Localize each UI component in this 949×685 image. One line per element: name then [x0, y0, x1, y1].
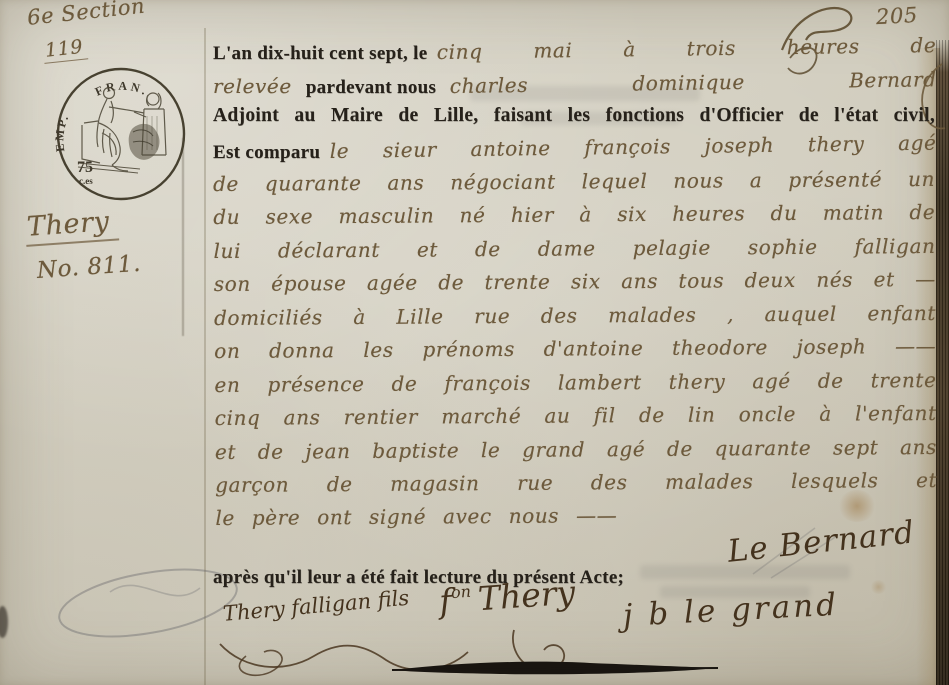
printed-officer-title: Adjoint au Maire de Lille, faisant les f…	[213, 105, 935, 127]
svg-text:EMP.: EMP.	[53, 111, 72, 152]
act-line: lui déclarant et de dame pelagie sophie …	[213, 234, 935, 272]
act-line-comparu: Est comparu le sieur antoine françois jo…	[213, 139, 937, 164]
printed-year-text: L'an dix-huit cent sept, le	[213, 43, 427, 65]
written-declarant: le sieur antoine françois joseph thery a…	[330, 131, 937, 163]
act-line-officer-title: Adjoint au Maire de Lille, faisant les f…	[213, 105, 937, 127]
act-line: garçon de magasin rue des malades lesque…	[215, 468, 937, 506]
stamp-arc-top-text: FRAN.	[93, 79, 152, 99]
act-line-opening: L'an dix-huit cent sept, le cinq mai à t…	[213, 40, 937, 65]
heavy-ink-stroke	[390, 656, 720, 680]
scan-edge-mark	[0, 606, 8, 638]
handwritten-act-body: de quarante ans négociant lequel nous a …	[213, 167, 938, 540]
scanned-register-page: 6e Section 119 Thery No. 811. FRAN. EMP.…	[0, 0, 949, 685]
signature-uncle: fon Thery	[438, 573, 576, 621]
written-date-continued: relevée	[213, 74, 292, 98]
signature-uncle-superscript: on	[450, 582, 471, 602]
act-line: son épouse agée de trente six ans tous d…	[214, 267, 936, 305]
act-line: domiciliés à Lille rue des malades , auq…	[214, 301, 936, 339]
written-date: cinq mai à trois heures de	[437, 33, 937, 64]
margin-folio-number: 119	[42, 35, 88, 63]
signature-uncle-name: Thery	[477, 573, 577, 619]
signature-family: Thery falligan fils	[222, 586, 410, 626]
act-line: en présence de françois lambert thery ag…	[214, 368, 936, 406]
fiscal-stamp-seal: FRAN. EMP. 75 c.es	[53, 62, 191, 206]
act-line-officer: relevée pardevant nous charles dominique…	[213, 74, 937, 99]
stamp-value-unit: c.es	[79, 176, 93, 186]
page-number: 205	[875, 3, 918, 29]
act-line: et de jean baptiste le grand agé de quar…	[215, 434, 937, 472]
act-line: de quarante ans négociant lequel nous a …	[213, 167, 935, 205]
act-line: du sexe masculin né hier à six heures du…	[213, 200, 935, 238]
margin-surname-note: Thery	[24, 206, 119, 247]
margin-act-number: No. 811.	[36, 251, 142, 284]
printed-pardevant: pardevant nous	[306, 77, 436, 99]
stamp-arc-left-text: EMP.	[53, 111, 72, 152]
written-officer-name: charles dominique Bernard	[450, 67, 937, 98]
margin-section-note: 6e Section	[26, 0, 146, 30]
printed-est-comparu: Est comparu	[213, 142, 320, 164]
ink-stain	[870, 580, 887, 594]
svg-text:FRAN.: FRAN.	[93, 79, 152, 99]
act-line: on donna les prénoms d'antoine theodore …	[214, 334, 936, 372]
act-line: cinq ans rentier marché au fil de lin on…	[215, 401, 937, 439]
